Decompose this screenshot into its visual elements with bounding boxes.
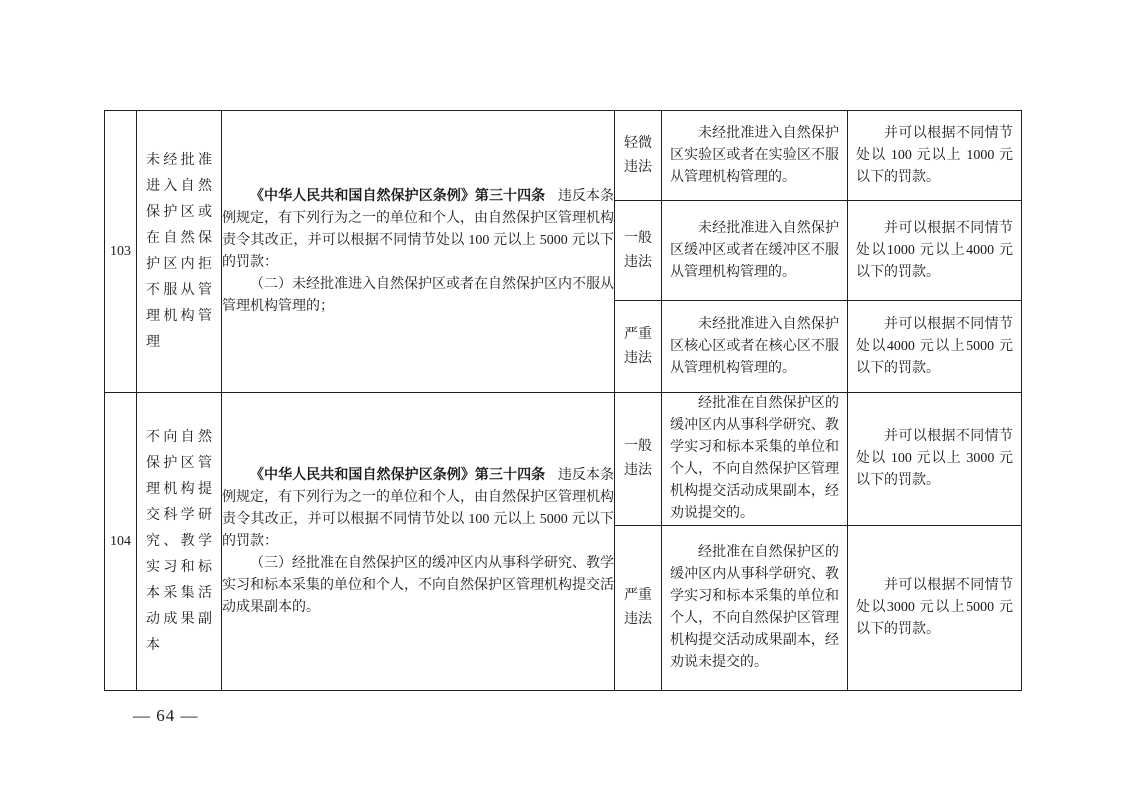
penalty-text: 并可以根据不同情节处以 100 元以上 1000 元以下的罚款。 — [856, 123, 1013, 189]
document-page: 103 未经批准进入自然保护区或在自然保护区内拒不服从管理机构管理 《中华人民共… — [0, 0, 1122, 793]
severity-label: 一般违法 — [622, 227, 654, 275]
legal-basis-article: 《中华人民共和国自然保护区条例》第三十四条 — [250, 189, 545, 204]
penalty-cell: 并可以根据不同情节处以 100 元以上 1000 元以下的罚款。 — [848, 111, 1022, 201]
penalty-text: 并可以根据不同情节处以3000 元以上5000 元以下的罚款。 — [856, 575, 1013, 641]
violation-title-cell: 未经批准进入自然保护区或在自然保护区内拒不服从管理机构管理 — [137, 111, 222, 393]
severity-label: 轻微违法 — [622, 132, 654, 180]
penalty-text: 并可以根据不同情节处以1000 元以上4000 元以下的罚款。 — [856, 218, 1013, 284]
legal-basis-cell: 《中华人民共和国自然保护区条例》第三十四条违反本条例规定，有下列行为之一的单位和… — [222, 111, 615, 393]
severity-cell: 一般违法 — [615, 393, 662, 526]
severity-cell: 轻微违法 — [615, 111, 662, 201]
situation-cell: 经批准在自然保护区的缓冲区内从事科学研究、教学实习和标本采集的单位和个人，不向自… — [662, 393, 848, 526]
severity-label: 严重违法 — [622, 584, 654, 632]
legal-basis-item: （三）经批准在自然保护区的缓冲区内从事科学研究、教学实习和标本采集的单位和个人，… — [222, 553, 614, 619]
violation-title-cell: 不向自然保护区管理机构提交科学研究、教学实习和标本采集活动成果副本 — [137, 393, 222, 691]
situation-text: 未经批准进入自然保护区缓冲区或者在缓冲区不服从管理机构管理的。 — [670, 218, 839, 284]
situation-cell: 未经批准进入自然保护区核心区或者在核心区不服从管理机构管理的。 — [662, 301, 848, 393]
penalty-text: 并可以根据不同情节处以4000 元以上5000 元以下的罚款。 — [856, 314, 1013, 380]
situation-text: 经批准在自然保护区的缓冲区内从事科学研究、教学实习和标本采集的单位和个人，不向自… — [670, 542, 839, 674]
legal-basis-item: （二）未经批准进入自然保护区或者在自然保护区内不服从管理机构管理的； — [222, 274, 614, 318]
violation-title: 未经批准进入自然保护区或在自然保护区内拒不服从管理机构管理 — [146, 148, 212, 356]
legal-basis-cell: 《中华人民共和国自然保护区条例》第三十四条违反本条例规定，有下列行为之一的单位和… — [222, 393, 615, 691]
severity-cell: 严重违法 — [615, 526, 662, 691]
legal-basis-paragraph: 《中华人民共和国自然保护区条例》第三十四条违反本条例规定，有下列行为之一的单位和… — [222, 465, 614, 553]
severity-label: 一般违法 — [622, 435, 654, 483]
table-row: 104 不向自然保护区管理机构提交科学研究、教学实习和标本采集活动成果副本 《中… — [105, 393, 1022, 526]
row-number-cell: 104 — [105, 393, 137, 691]
situation-text: 未经批准进入自然保护区核心区或者在核心区不服从管理机构管理的。 — [670, 314, 839, 380]
situation-cell: 经批准在自然保护区的缓冲区内从事科学研究、教学实习和标本采集的单位和个人，不向自… — [662, 526, 848, 691]
row-number: 103 — [110, 244, 131, 259]
page-number: — 64 — — [133, 706, 199, 726]
penalty-cell: 并可以根据不同情节处以 100 元以上 3000 元以下的罚款。 — [848, 393, 1022, 526]
row-number: 104 — [110, 534, 131, 549]
severity-cell: 严重违法 — [615, 301, 662, 393]
table-row: 103 未经批准进入自然保护区或在自然保护区内拒不服从管理机构管理 《中华人民共… — [105, 111, 1022, 201]
severity-cell: 一般违法 — [615, 201, 662, 301]
row-number-cell: 103 — [105, 111, 137, 393]
situation-cell: 未经批准进入自然保护区缓冲区或者在缓冲区不服从管理机构管理的。 — [662, 201, 848, 301]
severity-label: 严重违法 — [622, 323, 654, 371]
penalty-text: 并可以根据不同情节处以 100 元以上 3000 元以下的罚款。 — [856, 426, 1013, 492]
penalty-cell: 并可以根据不同情节处以3000 元以上5000 元以下的罚款。 — [848, 526, 1022, 691]
situation-cell: 未经批准进入自然保护区实验区或者在实验区不服从管理机构管理的。 — [662, 111, 848, 201]
violation-title: 不向自然保护区管理机构提交科学研究、教学实习和标本采集活动成果副本 — [146, 425, 212, 659]
penalty-discretion-table: 103 未经批准进入自然保护区或在自然保护区内拒不服从管理机构管理 《中华人民共… — [104, 110, 1022, 691]
penalty-cell: 并可以根据不同情节处以1000 元以上4000 元以下的罚款。 — [848, 201, 1022, 301]
situation-text: 未经批准进入自然保护区实验区或者在实验区不服从管理机构管理的。 — [670, 123, 839, 189]
penalty-cell: 并可以根据不同情节处以4000 元以上5000 元以下的罚款。 — [848, 301, 1022, 393]
legal-basis-article: 《中华人民共和国自然保护区条例》第三十四条 — [250, 468, 545, 483]
legal-basis-paragraph: 《中华人民共和国自然保护区条例》第三十四条违反本条例规定，有下列行为之一的单位和… — [222, 186, 614, 274]
situation-text: 经批准在自然保护区的缓冲区内从事科学研究、教学实习和标本采集的单位和个人，不向自… — [670, 393, 839, 525]
